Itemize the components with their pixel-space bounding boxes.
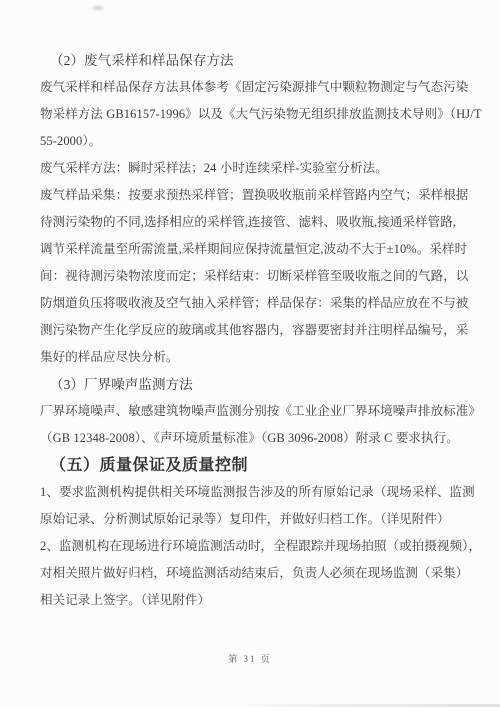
paragraph: 废气采样方法：瞬时采样法；24 小时连续采样-实验室分析法。 bbox=[40, 155, 472, 182]
text-line: 待测污染物的不同,选择相应的采样管,连接管、滤料、吸收瓶,接通采样管路, bbox=[40, 209, 472, 236]
page-number: 第 31 页 bbox=[0, 652, 500, 665]
text-line: 1、要求监测机构提供相关环境监测报告涉及的所有原始记录（现场采样、监测 bbox=[40, 479, 472, 506]
sub-heading: （2）废气采样和样品保存方法 bbox=[40, 47, 472, 74]
text-line: 物采样方法 GB16157-1996》以及《大气污染物无组织排放监测技术导则》（… bbox=[40, 101, 472, 128]
text-line: 集好的样品应尽快分析。 bbox=[40, 344, 472, 371]
text-line: 相关记录上签字。（详见附件） bbox=[40, 587, 472, 614]
text-line: 2、监测机构在现场进行环境监测活动时，全程跟踪并现场拍照（或拍摄视频）， bbox=[40, 533, 472, 560]
text-line: 废气样品采集：按要求预热采样管；置换吸收瓶前采样管路内空气；采样根据 bbox=[40, 182, 472, 209]
paragraph: 废气采样和样品保存方法具体参考《固定污染源排气中颗粒物测定与气态污染物采样方法 … bbox=[40, 74, 472, 155]
section-heading: （五）质量保证及质量控制 bbox=[40, 452, 472, 479]
text-line: 调节采样流量至所需流量,采样期间应保持流量恒定,波动不大于±10%。采样时 bbox=[40, 236, 472, 263]
sub-heading: （3）厂界噪声监测方法 bbox=[40, 371, 472, 398]
text-line: 防烟道负压将吸收液及空气抽入采样管；样品保存：采集的样品应放在不与被 bbox=[40, 290, 472, 317]
text-line: （3）厂界噪声监测方法 bbox=[40, 371, 472, 398]
scan-smudge-artifact bbox=[90, 4, 106, 12]
text-line: （五）质量保证及质量控制 bbox=[40, 452, 472, 479]
text-line: 废气采样方法：瞬时采样法；24 小时连续采样-实验室分析法。 bbox=[40, 155, 472, 182]
text-line: 原始记录、分析测试原始记录等）复印件，并做好归档工作。（详见附件） bbox=[40, 506, 472, 533]
text-line: 间：视待测污染物浓度而定；采样结束：切断采样管至吸收瓶之间的气路，以 bbox=[40, 263, 472, 290]
text-line: 测污染物产生化学反应的玻璃或其他容器内，容器要密封并注明样品编号，采 bbox=[40, 317, 472, 344]
text-line: 厂界环境噪声、敏感建筑物噪声监测分别按《工业企业厂界环境噪声排放标准》 bbox=[40, 398, 472, 425]
text-line: （GB 12348-2008）、《声环境质量标准》（GB 3096-2008）附… bbox=[40, 425, 472, 452]
text-line: 废气采样和样品保存方法具体参考《固定污染源排气中颗粒物测定与气态污染 bbox=[40, 74, 472, 101]
paragraph: 厂界环境噪声、敏感建筑物噪声监测分别按《工业企业厂界环境噪声排放标准》（GB 1… bbox=[40, 398, 472, 452]
paragraph: 废气样品采集：按要求预热采样管；置换吸收瓶前采样管路内空气；采样根据待测污染物的… bbox=[40, 182, 472, 371]
paragraph: 1、要求监测机构提供相关环境监测报告涉及的所有原始记录（现场采样、监测原始记录、… bbox=[40, 479, 472, 533]
paragraph: 2、监测机构在现场进行环境监测活动时，全程跟踪并现场拍照（或拍摄视频），对相关照… bbox=[40, 533, 472, 614]
document-page: （2）废气采样和样品保存方法废气采样和样品保存方法具体参考《固定污染源排气中颗粒… bbox=[0, 0, 500, 707]
document-body: （2）废气采样和样品保存方法废气采样和样品保存方法具体参考《固定污染源排气中颗粒… bbox=[40, 47, 472, 614]
text-line: 55-2000）。 bbox=[40, 128, 472, 155]
text-line: 对相关照片做好归档，环境监测活动结束后，负责人必须在现场监测（采集） bbox=[40, 560, 472, 587]
text-line: （2）废气采样和样品保存方法 bbox=[40, 47, 472, 74]
